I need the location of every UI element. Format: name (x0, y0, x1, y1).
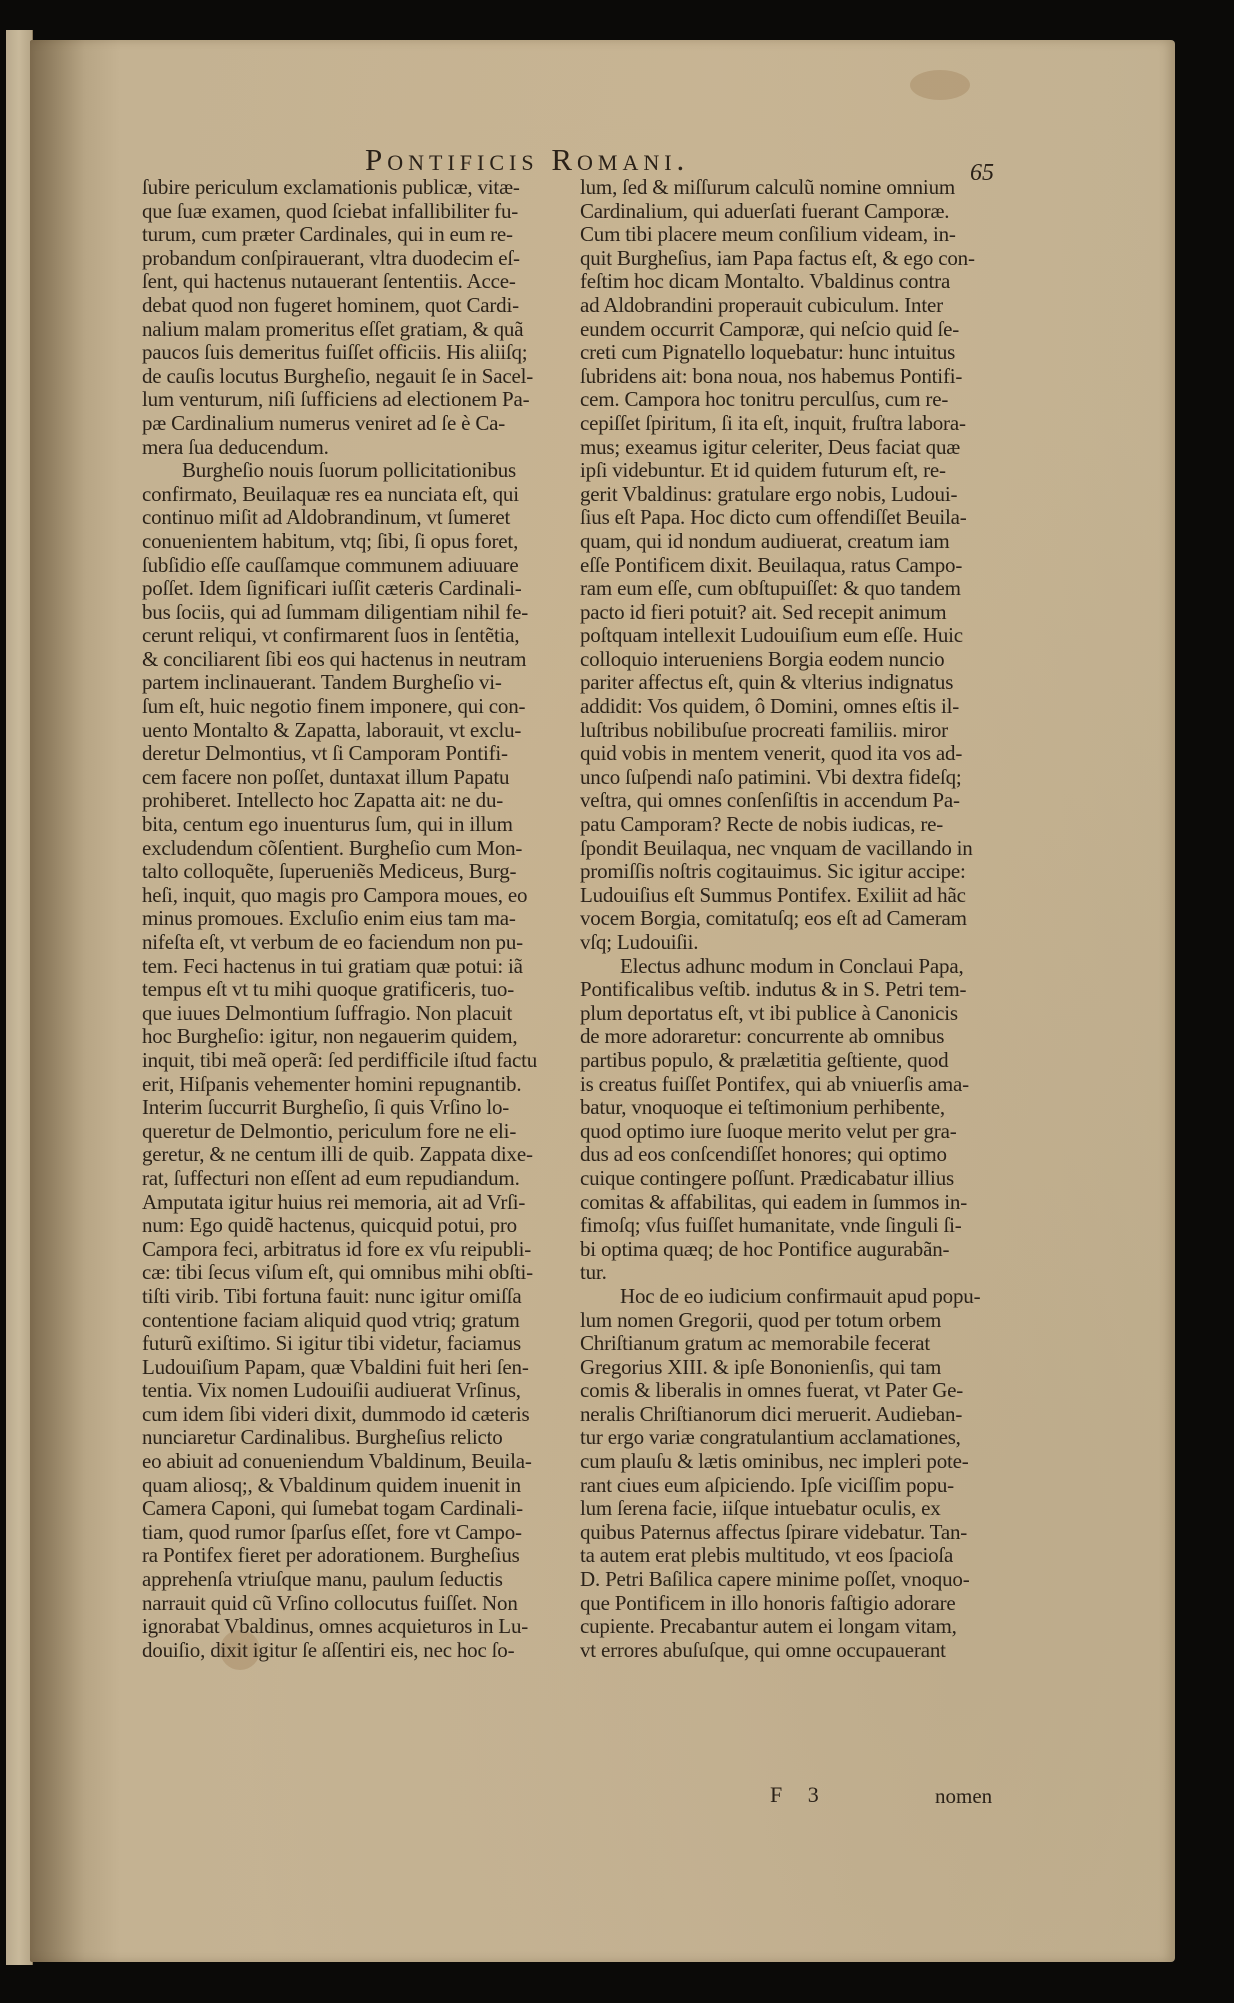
text-line: comis & liberalis in omnes fuerat, vt Pa… (580, 1379, 1000, 1403)
text-line: ra Pontifex fieret per adorationem. Burg… (142, 1544, 538, 1568)
text-line: de cauſis locutus Burgheſio, negauit ſe … (142, 365, 538, 389)
text-line: minus promoues. Excluſio enim eius tam m… (142, 907, 538, 931)
text-line: unco ſuſpendi naſo patimini. Vbi dextra … (580, 766, 1000, 790)
text-line: poſſet. Idem ſignificari iuſſit cæteris … (142, 577, 538, 601)
text-line: lum nomen Gregorii, quod per totum orbem (580, 1309, 1000, 1333)
previous-leaf-edge (6, 30, 33, 1965)
text-line: futurũ exiſtimo. Si igitur tibi videtur,… (142, 1332, 538, 1356)
text-line: Burgheſio nouis ſuorum pollicitationibus (142, 459, 538, 483)
text-line: de more adoraretur: concurrente ab omnib… (580, 1025, 1000, 1049)
running-head: Pontificis Romani. (365, 142, 689, 178)
text-line: cem facere non poſſet, duntaxat illum Pa… (142, 766, 538, 790)
text-line: feſtim hoc dicam Montalto. Vbaldinus con… (580, 270, 1000, 294)
text-line: num: Ego quidẽ hactenus, quicquid potui,… (142, 1214, 538, 1238)
text-line: luſtribus nobilibuſue procreati familiis… (580, 719, 1000, 743)
text-line: colloquio interueniens Borgia eodem nunc… (580, 648, 1000, 672)
text-line: eſſe Pontificem dixit. Beuilaqua, ratus … (580, 554, 1000, 578)
text-line: eo abiuit ad conueniendum Vbaldinum, Beu… (142, 1450, 538, 1474)
text-line: partibus populo, & prælætitia geſtiente,… (580, 1049, 1000, 1073)
text-line: ſubire periculum exclamationis publicæ, … (142, 176, 538, 200)
text-line: Camera Caponi, qui ſumebat togam Cardina… (142, 1497, 538, 1521)
text-line: conuenientem habitum, vtq; ſibi, ſi opus… (142, 530, 538, 554)
text-line: D. Petri Baſilica capere minime poſſet, … (580, 1568, 1000, 1592)
text-line: addidit: Vos quidem, ô Domini, omnes eſt… (580, 695, 1000, 719)
text-line: Electus adhunc modum in Conclaui Papa, (580, 955, 1000, 979)
text-line: patu Camporam? Recte de nobis iudicas, r… (580, 813, 1000, 837)
text-line: ſum eſt, huic negotio finem imponere, qu… (142, 695, 538, 719)
text-line: excludendum cõſentient. Burgheſio cum Mo… (142, 837, 538, 861)
text-line: gerit Vbaldinus: gratulare ergo nobis, L… (580, 483, 1000, 507)
text-line: cem. Campora hoc tonitru perculſus, cum … (580, 388, 1000, 412)
text-line: tiſti virib. Tibi fortuna fauit: nunc ig… (142, 1285, 538, 1309)
text-line: Ludouiſius eſt Summus Pontifex. Exiliit … (580, 884, 1000, 908)
text-line: is creatus fuiſſet Pontifex, qui ab vniu… (580, 1073, 1000, 1097)
text-line: erit, Hiſpanis vehementer homini repugna… (142, 1073, 538, 1097)
text-line: que ſuæ examen, quod ſciebat infallibili… (142, 200, 538, 224)
text-line: batur, vnoquoque ei teſtimonium perhiben… (580, 1096, 1000, 1120)
text-line: bita, centum ego inuenturus ſum, qui in … (142, 813, 538, 837)
text-line: ſubſidio eſſe cauſſamque communem adiuua… (142, 554, 538, 578)
signature-mark: F 3 (770, 1782, 829, 1808)
text-line: Amputata igitur huius rei memoria, ait a… (142, 1191, 538, 1215)
text-line: Campora feci, arbitratus id fore ex vſu … (142, 1238, 538, 1262)
text-line: quibus Paternus affectus ſpirare videbat… (580, 1521, 1000, 1545)
text-line: Cardinalium, qui aduerſati fuerant Campo… (580, 200, 1000, 224)
text-line: ram eum eſſe, cum obſtupuiſſet: & quo ta… (580, 577, 1000, 601)
text-line: que iuues Delmontium ſuffragio. Non plac… (142, 1002, 538, 1026)
text-line: tiam, quod rumor ſparſus eſſet, fore vt … (142, 1521, 538, 1545)
text-line: fimoſq; vſus fuiſſet humanitate, vnde ſi… (580, 1214, 1000, 1238)
text-line: geretur, & ne centum illi de quib. Zappa… (142, 1143, 538, 1167)
text-line: pacto id fieri potuit? ait. Sed recepit … (580, 601, 1000, 625)
paper-stain (910, 70, 970, 100)
text-line: Cum tibi placere meum conſilium videam, … (580, 223, 1000, 247)
text-line: deretur Delmontius, vt ſi Camporam Ponti… (142, 742, 538, 766)
text-line: paucos ſuis demeritus fuiſſet officiis. … (142, 341, 538, 365)
text-line: neralis Chriſtianorum dici meruerit. Aud… (580, 1403, 1000, 1427)
text-line: confirmato, Beuilaquæ res ea nunciata eſ… (142, 483, 538, 507)
text-line: rant ciues eum aſpiciendo. Ipſe viciſſim… (580, 1474, 1000, 1498)
text-line: ſpondit Beuilaqua, nec vnquam de vacilla… (580, 837, 1000, 861)
text-line: lum, ſed & miſſurum calculũ nomine omniu… (580, 176, 1000, 200)
text-line: cum idem ſibi videri dixit, dummodo id c… (142, 1403, 538, 1427)
text-line: nunciaretur Cardinalibus. Burgheſius rel… (142, 1426, 538, 1450)
text-line: tem. Feci hactenus in tui gratiam quæ po… (142, 955, 538, 979)
text-line: cuique contingere poſſunt. Prædicabatur … (580, 1167, 1000, 1191)
text-line: mus; exeamus igitur celeriter, Deus faci… (580, 436, 1000, 460)
text-line: ad Aldobrandini properauit cubiculum. In… (580, 294, 1000, 318)
text-line: veſtra, qui omnes conſenſiſtis in accend… (580, 789, 1000, 813)
text-line: vt errores abuſuſque, qui omne occupauer… (580, 1639, 1000, 1663)
text-line: bi optima quæq; de hoc Pontifice augurab… (580, 1238, 1000, 1262)
text-line: Ludouiſium Papam, quæ Vbaldini fuit heri… (142, 1356, 538, 1380)
text-line: quam aliosq;, & Vbaldinum quidem inuenit… (142, 1474, 538, 1498)
left-text-column: ſubire periculum exclamationis publicæ, … (142, 176, 538, 1662)
text-line: continuo miſit ad Aldobrandinum, vt ſume… (142, 506, 538, 530)
text-line: tur ergo variæ congratulantium acclamati… (580, 1426, 1000, 1450)
text-line: heſi, inquit, quo magis pro Campora moue… (142, 884, 538, 908)
text-line: apprehenſa vtriuſque manu, paulum ſeduct… (142, 1568, 538, 1592)
text-line: partem inclinauerant. Tandem Burgheſio v… (142, 671, 538, 695)
text-line: quit Burgheſius, iam Papa factus eſt, & … (580, 247, 1000, 271)
text-line: cerunt reliqui, vt confirmarent ſuos in … (142, 624, 538, 648)
text-line: nifeſta eſt, vt verbum de eo faciendum n… (142, 931, 538, 955)
text-line: bus ſociis, qui ad ſummam diligentiam ni… (142, 601, 538, 625)
text-line: cupiente. Precabantur autem ei longam vi… (580, 1615, 1000, 1639)
text-line: comitas & affabilitas, qui eadem in ſumm… (580, 1191, 1000, 1215)
text-line: pariter affectus eſt, quin & vlterius in… (580, 671, 1000, 695)
text-line: vſq; Ludouiſii. (580, 931, 1000, 955)
text-line: pæ Cardinalium numerus veniret ad ſe è C… (142, 412, 538, 436)
text-line: vocem Borgia, comitatuſq; eos eſt ad Cam… (580, 907, 1000, 931)
text-line: quam, qui id nondum audiuerat, creatum i… (580, 530, 1000, 554)
text-line: Interim ſuccurrit Burgheſio, ſi quis Vrſ… (142, 1096, 538, 1120)
text-line: ſent, qui hactenus nutauerant ſententiis… (142, 270, 538, 294)
text-line: uento Montalto & Zapatta, laborauit, vt … (142, 719, 538, 743)
text-line: tentia. Vix nomen Ludouiſii audiuerat Vr… (142, 1379, 538, 1403)
text-line: que Pontificem in illo honoris faſtigio … (580, 1592, 1000, 1616)
text-line: poſtquam intellexit Ludouiſium eum eſſe.… (580, 624, 1000, 648)
text-line: lum venturum, niſi ſufficiens ad electio… (142, 388, 538, 412)
text-line: eundem occurrit Camporæ, qui neſcio quid… (580, 318, 1000, 342)
text-line: quid vobis in mentem venerit, quod ita v… (580, 742, 1000, 766)
text-line: inquit, tibi meã operã: ſed perdifficile… (142, 1049, 538, 1073)
text-line: tur. (580, 1261, 1000, 1285)
text-line: dus ad eos conſcendiſſet honores; qui op… (580, 1143, 1000, 1167)
text-line: & conciliarent ſibi eos qui hactenus in … (142, 648, 538, 672)
text-line: narrauit quid cũ Vrſino collocutus fuiſſ… (142, 1592, 538, 1616)
text-line: ta autem erat plebis multitudo, vt eos ſ… (580, 1544, 1000, 1568)
text-line: plum deportatus eſt, vt ibi publice à Ca… (580, 1002, 1000, 1026)
text-line: mera ſua deducendum. (142, 436, 538, 460)
text-line: lum ſerena facie, iiſque intuebatur ocul… (580, 1497, 1000, 1521)
text-line: cum plauſu & lætis ominibus, nec impleri… (580, 1450, 1000, 1474)
text-line: cepiſſet ſpiritum, ſi ita eſt, inquit, f… (580, 412, 1000, 436)
text-line: creti cum Pignatello loquebatur: hunc in… (580, 341, 1000, 365)
text-line: debat quod non fugeret hominem, quot Car… (142, 294, 538, 318)
text-line: ſubridens ait: bona noua, nos habemus Po… (580, 365, 1000, 389)
text-line: probandum conſpirauerant, vltra duodecim… (142, 247, 538, 271)
text-line: tempus eſt vt tu mihi quoque gratificeri… (142, 978, 538, 1002)
text-line: ipſi videbuntur. Et id quidem futurum eſ… (580, 459, 1000, 483)
catchword: nomen (935, 1784, 992, 1809)
text-line: Hoc de eo iudicium confirmauit apud popu… (580, 1285, 1000, 1309)
text-line: turum, cum præter Cardinales, qui in eum… (142, 223, 538, 247)
text-line: promiſſis noſtris cogitauimus. Sic igitu… (580, 860, 1000, 884)
text-line: prohiberet. Intellecto hoc Zapatta ait: … (142, 789, 538, 813)
text-line: hoc Burgheſio: igitur, non negauerim qui… (142, 1025, 538, 1049)
text-line: douiſio, dixit igitur ſe aſſentiri eis, … (142, 1639, 538, 1663)
text-line: Gregorius XIII. & ipſe Bononienſis, qui … (580, 1356, 1000, 1380)
text-line: ignorabat Vbaldinus, omnes acquieturos i… (142, 1615, 538, 1639)
text-line: ſius eſt Papa. Hoc dicto cum offendiſſet… (580, 506, 1000, 530)
text-line: queretur de Delmontio, periculum fore ne… (142, 1120, 538, 1144)
text-line: quod optimo iure ſuoque merito velut per… (580, 1120, 1000, 1144)
text-line: contentione faciam aliquid quod vtriq; g… (142, 1309, 538, 1333)
text-line: talto colloquẽte, ſuperueniẽs Mediceus, … (142, 860, 538, 884)
text-line: nalium malam promeritus eſſet gratiam, &… (142, 318, 538, 342)
text-line: rat, ſuffecturi non eſſent ad eum repudi… (142, 1167, 538, 1191)
text-line: cæ: tibi ſecus viſum eſt, qui omnibus mi… (142, 1261, 538, 1285)
right-text-column: lum, ſed & miſſurum calculũ nomine omniu… (580, 176, 1000, 1662)
text-line: Chriſtianum gratum ac memorabile fecerat (580, 1332, 1000, 1356)
text-line: Pontificalibus veſtib. indutus & in S. P… (580, 978, 1000, 1002)
